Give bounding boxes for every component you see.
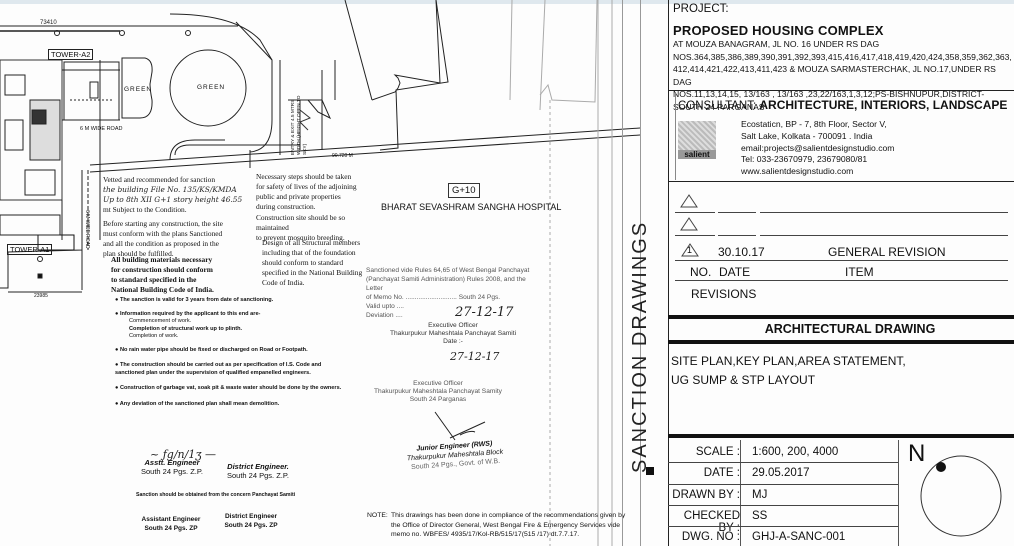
sanction-bullets: ● The sanction is valid for 3 years from…	[115, 297, 345, 408]
rule	[760, 212, 1008, 213]
exec-officer-1-date: 27-12-17	[455, 305, 513, 320]
dwg-no-label: DWG. NO :	[668, 531, 740, 543]
sanction-stamp: Sanctioned vide Rules 64,65 of West Beng…	[366, 266, 541, 320]
consultant-label: CONSULTANT: ARCHITECTURE, INTERIORS, LAN…	[678, 98, 1007, 112]
rule	[675, 212, 715, 213]
north-arrow-icon	[915, 450, 1010, 540]
structural-note: Design of all Structural members includi…	[262, 238, 377, 288]
dimension-mid: 90.720 M	[332, 153, 353, 159]
consultant-logo: salient	[678, 121, 716, 159]
rule	[898, 440, 899, 546]
rule	[718, 235, 756, 236]
scale-label: SCALE :	[668, 446, 740, 458]
consultant-title: ARCHITECTURE, INTERIORS, LANDSCAPE	[759, 98, 1007, 112]
divider	[668, 181, 1014, 182]
revisions-caption: REVISIONS	[691, 287, 756, 301]
date-label: DATE :	[668, 467, 740, 479]
project-label: PROJECT:	[673, 3, 729, 15]
rule	[668, 505, 898, 506]
thick-divider	[668, 340, 1014, 344]
divider	[668, 90, 1014, 91]
date-value: 29.05.2017	[752, 467, 810, 479]
svg-text:73410: 73410	[40, 20, 57, 26]
sanction-drawings-title: SANCTION DRAWINGS	[629, 221, 652, 473]
checked-by-value: SS	[752, 510, 767, 522]
assistant-engineer-2: Assistant EngineerSouth 24 Pgs. ZP	[136, 515, 206, 533]
revision-no: 1	[687, 245, 692, 255]
revision-triangle-icon	[680, 194, 698, 208]
rule	[675, 280, 1008, 281]
rule	[718, 212, 756, 213]
revision-header-no: NO.	[690, 265, 711, 279]
executive-officer-2: Executive OfficerThakurpukur Maheshtala …	[368, 380, 508, 404]
drawing-description: SITE PLAN,KEY PLAN,AREA STATEMENT, UG SU…	[671, 352, 906, 390]
label-green-1: GREEN	[124, 86, 152, 93]
district-engineer-1: District Engineer.South 24 Pgs. Z.P.	[218, 462, 298, 480]
thick-divider	[668, 434, 1014, 438]
hospital-label: BHARAT SEVASHRAM SANGHA HOSPITAL	[381, 202, 561, 212]
revision-item: GENERAL REVISION	[828, 245, 946, 259]
divider	[675, 92, 676, 180]
before-construction-note: Before starting any construction, the si…	[103, 219, 273, 259]
scale-value: 1:600, 200, 4000	[752, 446, 838, 458]
revision-header-item: ITEM	[845, 265, 874, 279]
hospital-height-tag: G+10	[448, 183, 480, 198]
rule	[668, 462, 898, 463]
label-road-vertical: 6 M WIDE ROAD	[84, 210, 90, 249]
vetted-note: Vetted and recommended for sanction the …	[103, 175, 278, 215]
revision-date: 30.10.17	[718, 245, 765, 259]
rule	[675, 260, 1008, 261]
panchayat-sanction-note: Sanction should be obtained from the con…	[136, 492, 295, 498]
materials-note: All building materials necessary for con…	[111, 255, 276, 295]
label-tower-a2: TOWER-A2	[48, 49, 93, 60]
drawing-category: ARCHITECTURAL DRAWING	[686, 322, 1014, 336]
safety-note: Necessary steps should be taken for safe…	[256, 172, 376, 212]
dwg-no-value: GHJ-A-SANC-001	[752, 531, 845, 543]
square-marker-icon	[646, 467, 654, 475]
fire-services-note: NOTE: This drawings has been done in com…	[367, 511, 625, 540]
consultant-address: Ecostaticn, BP - 7, 8th Floor, Sector V,…	[741, 119, 894, 178]
label-tower-a1: TOWER-A1	[7, 244, 52, 255]
asst-engineer-1: Asstt. EngineerSouth 24 Pgs. Z.P.	[132, 458, 212, 476]
exec-officer-2-date: 27-12-17	[450, 350, 499, 363]
rule	[668, 526, 898, 527]
project-title: PROPOSED HOUSING COMPLEX	[673, 23, 884, 38]
district-engineer-2: District EngineerSouth 24 Pgs. ZP	[216, 512, 286, 530]
rule	[675, 235, 715, 236]
label-entry-exit: ENTRY & EXIT 4.5 MTRS WIDTH (HEIGHT OPEN…	[291, 95, 309, 155]
drawn-by-value: MJ	[752, 489, 767, 501]
label-road: 6 M WIDE ROAD	[80, 126, 122, 132]
label-green-2: GREEN	[197, 84, 225, 91]
executive-officer-1: Executive OfficerThakurpukur Maheshtala …	[383, 322, 523, 346]
revision-header-date: DATE	[719, 265, 750, 279]
thick-divider	[668, 315, 1014, 319]
rule	[668, 484, 898, 485]
dimension-bottom: 23985	[34, 293, 48, 299]
rule	[760, 235, 1008, 236]
sheet-border-outer	[622, 0, 623, 546]
rule	[740, 440, 741, 546]
drawn-by-label: DRAWN BY :	[668, 489, 740, 501]
revision-triangle-icon	[680, 217, 698, 231]
